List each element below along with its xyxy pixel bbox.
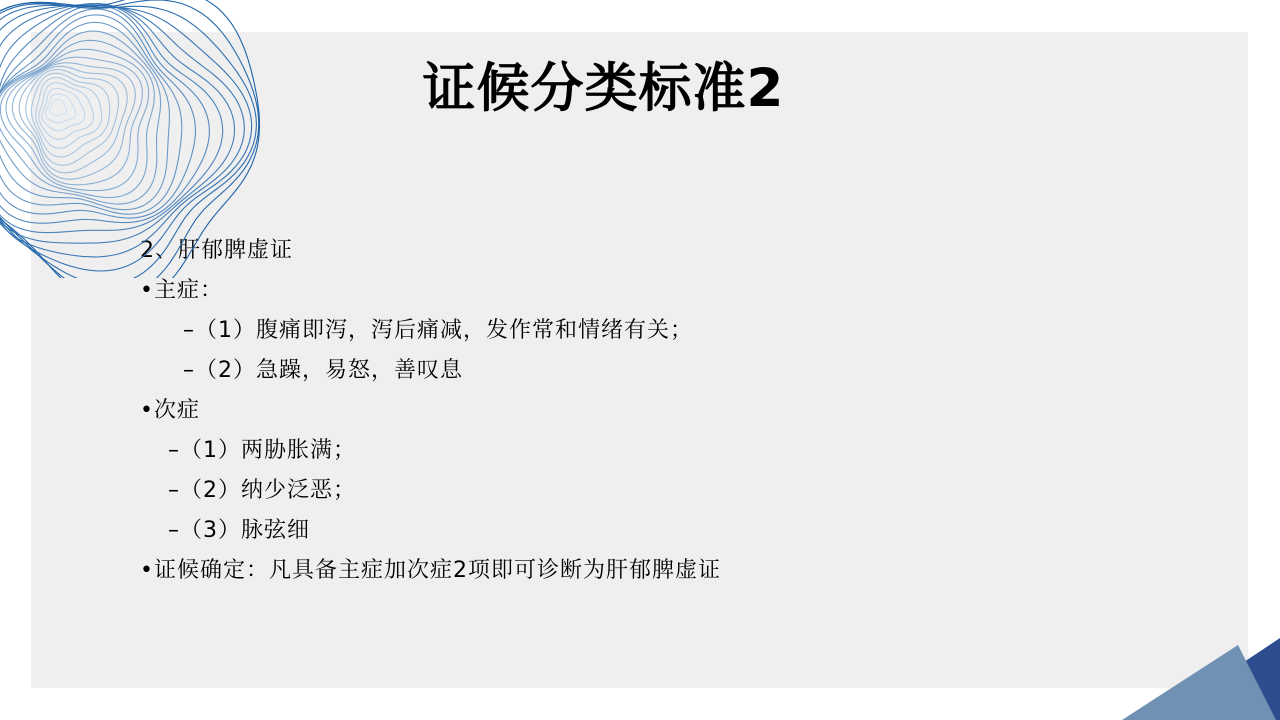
bullet-line: •次症 bbox=[140, 391, 721, 431]
content-panel: 证候分类标准2 2、肝郁脾虚证 •主症： –（1）腹痛即泻，泻后痛减，发作常和情… bbox=[31, 32, 1248, 688]
bullet-line: –（3）脉弦细 bbox=[140, 511, 721, 551]
body-text: 2、肝郁脾虚证 •主症： –（1）腹痛即泻，泻后痛减，发作常和情绪有关； –（2… bbox=[140, 231, 721, 591]
bullet-line: –（2）纳少泛恶； bbox=[140, 471, 721, 511]
bullet-line: •主症： bbox=[140, 271, 721, 311]
slide-title: 证候分类标准2 bbox=[31, 46, 1176, 122]
bullet-line: •证候确定：凡具备主症加次症2项即可诊断为肝郁脾虚证 bbox=[140, 551, 721, 591]
bullet-line: –（1）腹痛即泻，泻后痛减，发作常和情绪有关； bbox=[140, 311, 721, 351]
bullet-line: –（1）两胁胀满； bbox=[140, 431, 721, 471]
bullet-line: 2、肝郁脾虚证 bbox=[140, 231, 721, 271]
bullet-line: –（2）急躁，易怒，善叹息 bbox=[140, 351, 721, 391]
